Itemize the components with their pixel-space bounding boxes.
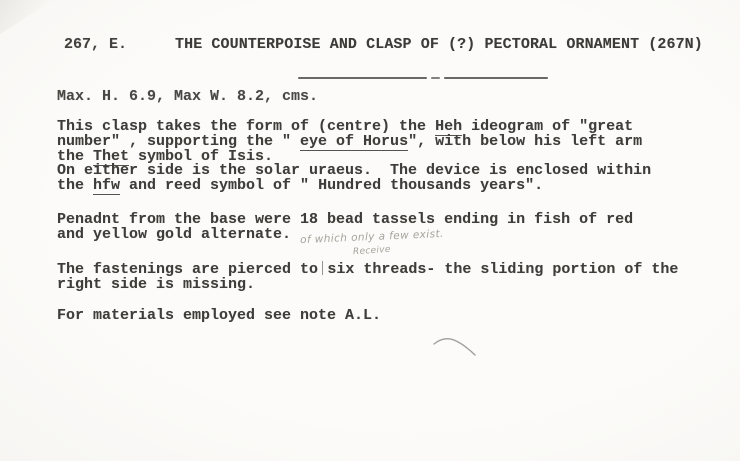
text-line: The fastenings are pierced tosix threads… xyxy=(57,261,678,277)
title-underline-dash xyxy=(431,77,440,79)
text-line: and yellow gold alternate.of which only … xyxy=(57,227,633,243)
catalog-card: 267, E. THE COUNTERPOISE AND CLASP OF (?… xyxy=(0,0,740,461)
text-line: right side is missing. xyxy=(57,277,678,292)
text-segment: six threads- the sliding portion of the xyxy=(327,261,678,278)
text-segment: the xyxy=(57,177,93,194)
text-segment: ", with below his left arm xyxy=(408,133,642,150)
pencil-insertion-caret xyxy=(322,261,323,275)
catalog-number: 267, E. xyxy=(64,36,127,53)
tassels-paragraph: Penadnt from the base were 18 bead tasse… xyxy=(57,212,633,243)
text-segment: and yellow gold alternate. xyxy=(57,226,291,243)
fastenings-paragraph: The fastenings are pierced tosix threads… xyxy=(57,261,678,292)
materials-note-paragraph: For materials employed see note A.L. xyxy=(57,308,381,323)
dimensions-line: Max. H. 6.9, Max W. 8.2, cms. xyxy=(57,88,318,105)
text-line: the hfw and reed symbol of " Hundred tho… xyxy=(57,179,651,194)
underlined-term-hfw: hfw xyxy=(93,177,120,195)
title-underline-segment xyxy=(298,77,427,79)
text-line: For materials employed see note A.L. xyxy=(57,308,381,323)
text-segment: and reed symbol of " Hundred thousands y… xyxy=(120,177,543,194)
handwritten-insert-note: Receive xyxy=(353,245,391,258)
card-corner-shade xyxy=(0,0,54,34)
underlined-term-eye-of-horus: eye of Horus xyxy=(300,133,408,151)
card-title: THE COUNTERPOISE AND CLASP OF (?) PECTOR… xyxy=(175,36,703,53)
description-paragraph: This clasp takes the form of (centre) th… xyxy=(57,120,651,194)
pencil-squiggle-mark xyxy=(431,333,483,363)
text-line: Penadnt from the base were 18 bead tasse… xyxy=(57,212,633,227)
title-underline-segment xyxy=(444,77,548,79)
